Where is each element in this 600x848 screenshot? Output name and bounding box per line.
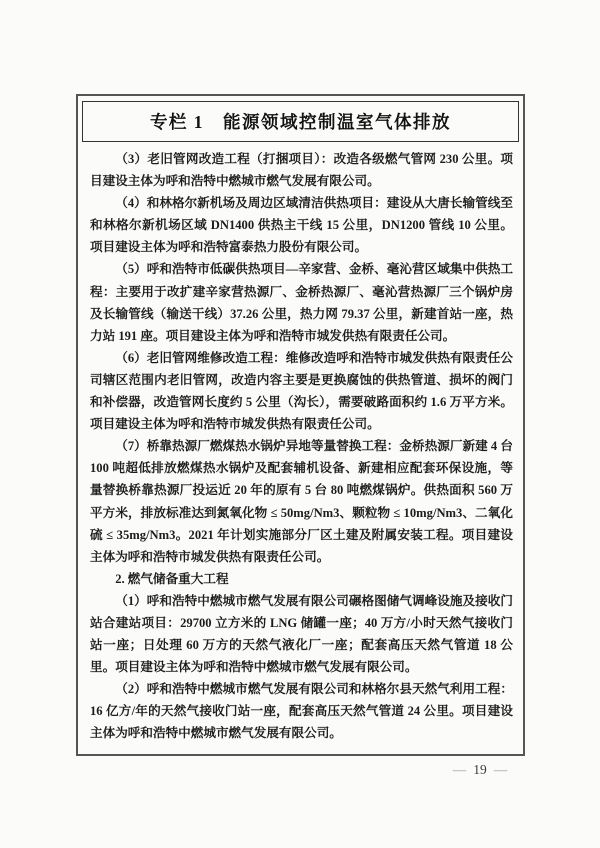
paragraph: （5）呼和浩特市低碳供热项目—辛家营、金桥、毫沁营区域集中供热工程：主要用于改扩… [90,258,513,346]
paragraph: （6）老旧管网维修改造工程：维修改造呼和浩特市城发供热有限责任公司辖区范围内老旧… [90,347,513,435]
paragraph: （3）老旧管网改造工程（打捆项目）：改造各级燃气管网 230 公里。项目建设主体… [90,148,513,192]
column-title: 专栏 1 能源领域控制温室气体排放 [150,109,451,134]
column-box: 专栏 1 能源领域控制温室气体排放 （3）老旧管网改造工程（打捆项目）：改造各级… [76,94,525,756]
column-title-box: 专栏 1 能源领域控制温室气体排放 [82,101,519,142]
paragraph: 2. 燃气储备重大工程 [90,568,513,590]
page-number-right-dash: — [487,762,515,777]
page-number-value: 19 [473,762,487,777]
paragraph: （1）呼和浩特中燃城市燃气发展有限公司碾格图储气调峰设施及接收门站合建站项目：2… [90,590,513,678]
column-body: （3）老旧管网改造工程（打捆项目）：改造各级燃气管网 230 公里。项目建设主体… [90,148,513,750]
page-number: —19— [440,762,520,778]
paragraph: （7）桥靠热源厂燃煤热水锅炉异地等量替换工程：金桥热源厂新建 4 台 100 吨… [90,435,513,568]
paragraph: （2）呼和浩特中燃城市燃气发展有限公司和林格尔县天然气利用工程：16 亿方/年的… [90,678,513,744]
document-page: 专栏 1 能源领域控制温室气体排放 （3）老旧管网改造工程（打捆项目）：改造各级… [0,0,600,848]
paragraph: （4）和林格尔新机场及周边区域清洁供热项目：建设从大唐长输管线至和林格尔新机场区… [90,192,513,258]
page-number-left-dash: — [446,762,474,777]
